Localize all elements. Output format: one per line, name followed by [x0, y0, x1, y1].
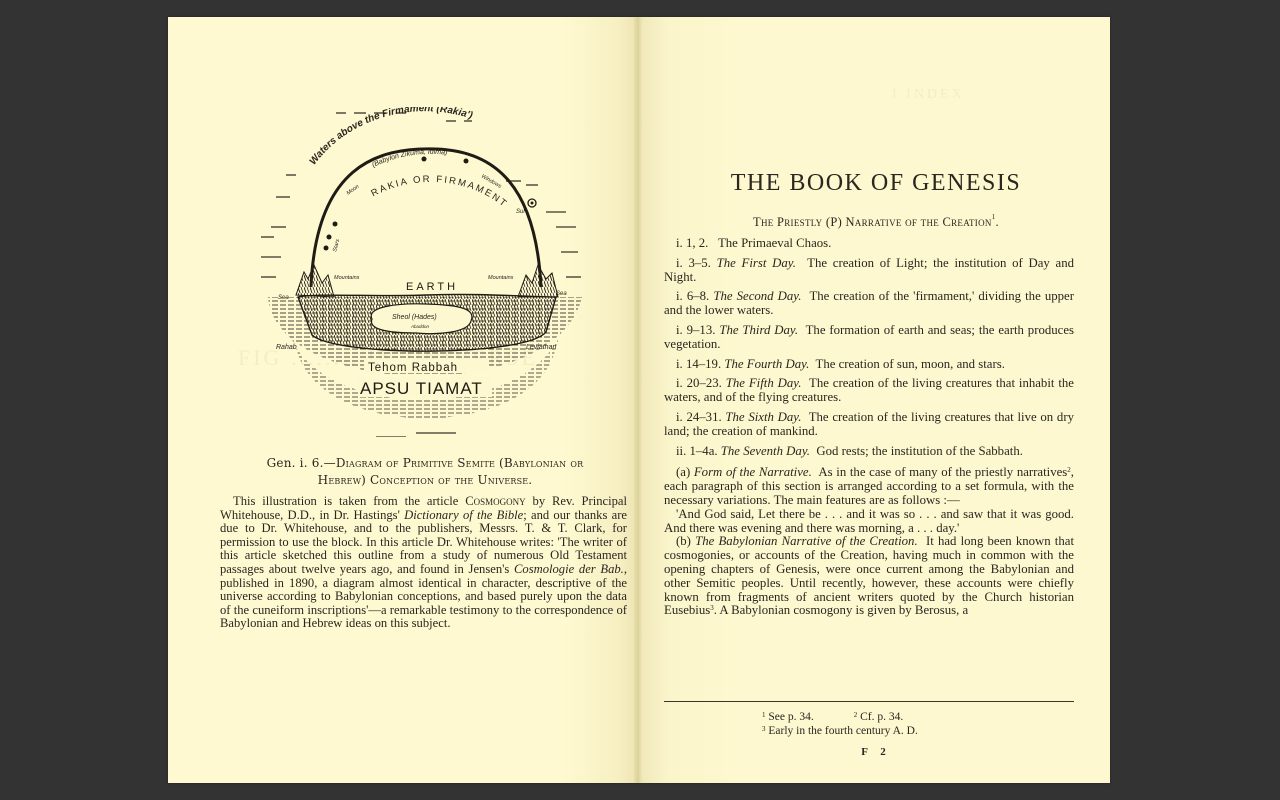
illustration-note: This illustration is taken from the arti… [220, 495, 627, 631]
footnote-ref: 2 [1067, 466, 1071, 474]
footnote-1: 1 See p. 34. [762, 710, 814, 724]
svg-text:Leviathan: Leviathan [526, 344, 556, 351]
caption-prefix: Gen. i. 6.— [267, 456, 336, 470]
svg-text:Stars: Stars [332, 238, 341, 252]
right-page: I INDEX THE BOOK OF GENESIS The Priestly… [642, 17, 1110, 783]
day-entry: i. 14–19. The Fourth Day. The creation o… [664, 358, 1074, 372]
day-entry: ii. 1–4a. The Seventh Day. God rests; th… [664, 445, 1074, 459]
day-entry: i. 9–13. The Third Day. The formation of… [664, 324, 1074, 352]
day-entry: i. 24–31. The Sixth Day. The creation of… [664, 411, 1074, 439]
formula-quote: 'And God said, Let there be . . . and it… [664, 508, 1074, 536]
svg-text:Tehom Rabbah: Tehom Rabbah [368, 362, 458, 374]
cosmology-diagram: Waters above the Firmament (Rakia') (Bab… [256, 107, 592, 437]
svg-text:EARTH: EARTH [406, 281, 458, 293]
footnotes: 1 See p. 34. 2 Cf. p. 34. 3 Early in the… [762, 710, 1022, 738]
bleed-through-text: I INDEX [892, 87, 965, 103]
form-of-narrative-paragraph: (a) Form of the Narrative. As in the cas… [664, 466, 1074, 507]
caption-line-2: Hebrew) Conception of the Universe. [220, 472, 630, 489]
section-title: The Priestly (P) Narrative of the Creati… [642, 215, 1110, 230]
svg-text:Moon: Moon [346, 184, 361, 197]
footnote-3: 3 Early in the fourth century A. D. [762, 724, 1022, 738]
svg-text:(Babylon Zikuma, Idima): (Babylon Zikuma, Idima) [371, 149, 448, 169]
day-entry: i. 6–8. The Second Day. The creation of … [664, 290, 1074, 318]
svg-text:Sea: Sea [556, 291, 567, 297]
svg-text:Abaddon: Abaddon [410, 324, 430, 329]
page-title: THE BOOK OF GENESIS [642, 170, 1110, 197]
day-entry: i. 1, 2. The Primaeval Chaos. [664, 237, 1074, 251]
footnote-ref: 3 [710, 604, 714, 612]
caption-line-1: Diagram of Primitive Semite (Babylonian … [336, 456, 584, 470]
svg-text:Sun: Sun [516, 209, 527, 215]
svg-text:Sheol (Hades): Sheol (Hades) [392, 314, 437, 321]
day-entry: i. 20–23. The Fifth Day. The creation of… [664, 377, 1074, 405]
main-text: i. 1, 2. The Primaeval Chaos. i. 3–5. Th… [664, 237, 1074, 618]
figure-caption: Gen. i. 6.—Diagram of Primitive Semite (… [220, 455, 630, 489]
left-page: FIG ........ IN UNIVERSE [168, 17, 634, 783]
footnote-rule [664, 701, 1074, 702]
book-gutter [634, 17, 642, 783]
svg-text:Rahab: Rahab [276, 344, 297, 351]
svg-text:Mountains: Mountains [334, 275, 360, 281]
footnote-2: 2 Cf. p. 34. [854, 710, 904, 724]
book-spread: FIG ........ IN UNIVERSE [168, 17, 1110, 783]
babylonian-narrative-paragraph: (b) The Babylonian Narrative of the Crea… [664, 535, 1074, 618]
footnote-ref: 1 [992, 213, 996, 221]
signature-mark: F 2 [642, 746, 1110, 758]
svg-text:APSU TIAMAT: APSU TIAMAT [360, 379, 483, 398]
day-entry: i. 3–5. The First Day. The creation of L… [664, 257, 1074, 285]
svg-text:Mountains: Mountains [488, 275, 514, 281]
